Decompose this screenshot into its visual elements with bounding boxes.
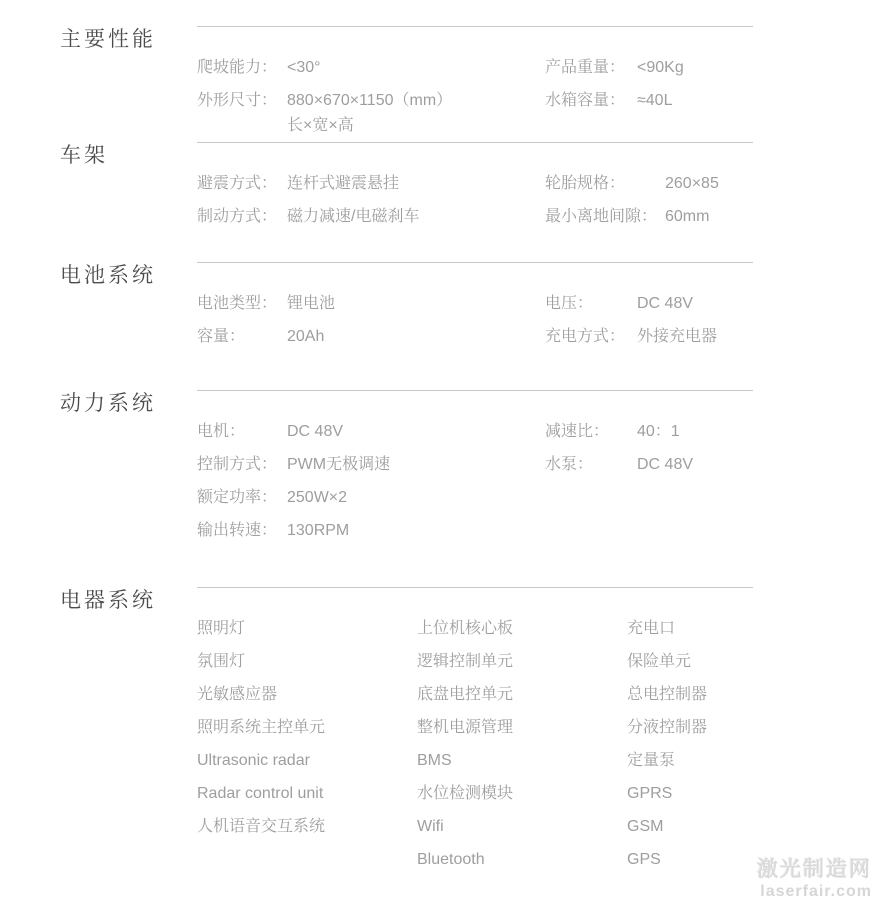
spec-value: ≈40L <box>637 84 672 117</box>
spec-row-battery-type: 电池类型： 锂电池 <box>197 287 545 320</box>
spec-value: DC 48V <box>637 448 693 481</box>
spec-value: <90Kg <box>637 51 684 84</box>
list-item: 分液控制器 <box>627 711 753 744</box>
watermark-site-name: 激光制造网 <box>757 858 872 882</box>
spec-value-note: 长×宽×高 <box>287 114 452 138</box>
list-item: 保险单元 <box>627 645 753 678</box>
list-item: Radar control unit <box>197 777 417 810</box>
list-item: 水位检测模块 <box>417 777 627 810</box>
section-title-power: 动力系统 <box>60 390 197 547</box>
spec-label: 轮胎规格： <box>545 167 665 200</box>
spec-label: 容量： <box>197 320 287 353</box>
spec-row-gear-ratio: 减速比： 40：1 <box>545 415 753 448</box>
spec-value: 20Ah <box>287 320 324 353</box>
spec-value: 磁力减速/电磁刹车 <box>287 200 419 233</box>
section-divider: 电机： DC 48V 控制方式： PWM无极调速 额定功率： 250W×2 输出… <box>197 390 753 547</box>
section-performance: 主要性能 爬坡能力： <30° 外形尺寸： 880×670×1150（mm） 长… <box>60 26 753 138</box>
spec-value: 外接充电器 <box>637 320 717 353</box>
spec-label: 充电方式： <box>545 320 637 353</box>
section-title-electrical: 电器系统 <box>60 587 197 876</box>
spec-label: 电机： <box>197 415 287 448</box>
list-item: 充电口 <box>627 612 753 645</box>
spec-row-motor: 电机： DC 48V <box>197 415 545 448</box>
spec-label: 额定功率： <box>197 481 287 514</box>
spec-row-voltage: 电压： DC 48V <box>545 287 753 320</box>
spec-label: 输出转速： <box>197 514 287 547</box>
spec-row-suspension: 避震方式： 连杆式避震悬挂 <box>197 167 545 200</box>
spec-label: 爬坡能力： <box>197 51 287 84</box>
list-item: Wifi <box>417 810 627 843</box>
spec-value: 40：1 <box>637 415 680 448</box>
spec-row-dimensions: 外形尺寸： 880×670×1150（mm） 长×宽×高 <box>197 84 545 138</box>
spec-label: 水箱容量： <box>545 84 637 117</box>
spec-label: 控制方式： <box>197 448 287 481</box>
list-item: 上位机核心板 <box>417 612 627 645</box>
spec-row-capacity: 容量： 20Ah <box>197 320 545 353</box>
list-item: GPRS <box>627 777 753 810</box>
section-frame: 车架 避震方式： 连杆式避震悬挂 制动方式： 磁力减速/电磁刹车 轮胎规格： <box>60 142 753 233</box>
list-item: BMS <box>417 744 627 777</box>
electrical-column-2: 上位机核心板 逻辑控制单元 底盘电控单元 整机电源管理 BMS 水位检测模块 W… <box>417 612 627 876</box>
spec-label: 减速比： <box>545 415 637 448</box>
electrical-column-1: 照明灯 氛围灯 光敏感应器 照明系统主控单元 Ultrasonic radar … <box>197 612 417 876</box>
spec-label: 电池类型： <box>197 287 287 320</box>
spec-row-climb: 爬坡能力： <30° <box>197 51 545 84</box>
list-item: 照明系统主控单元 <box>197 711 417 744</box>
spec-label: 外形尺寸： <box>197 84 287 138</box>
spec-row-output-speed: 输出转速： 130RPM <box>197 514 545 547</box>
section-divider: 电池类型： 锂电池 容量： 20Ah 电压： DC 48V 充电方式： <box>197 262 753 353</box>
spec-label: 最小离地间隙： <box>545 200 665 233</box>
spec-label: 电压： <box>545 287 637 320</box>
spec-label: 水泵： <box>545 448 637 481</box>
section-battery: 电池系统 电池类型： 锂电池 容量： 20Ah 电压： DC 48V <box>60 262 753 353</box>
spec-value: 锂电池 <box>287 287 335 320</box>
list-item: 整机电源管理 <box>417 711 627 744</box>
list-item: Ultrasonic radar <box>197 744 417 777</box>
list-item: 照明灯 <box>197 612 417 645</box>
spec-value-main: 880×670×1150（mm） <box>287 84 452 117</box>
section-title-battery: 电池系统 <box>60 262 197 353</box>
section-divider: 照明灯 氛围灯 光敏感应器 照明系统主控单元 Ultrasonic radar … <box>197 587 753 876</box>
spec-value: 60mm <box>665 200 709 233</box>
spec-row-charging: 充电方式： 外接充电器 <box>545 320 753 353</box>
spec-row-control: 控制方式： PWM无极调速 <box>197 448 545 481</box>
list-item: 定量泵 <box>627 744 753 777</box>
spec-value: 130RPM <box>287 514 349 547</box>
electrical-column-3: 充电口 保险单元 总电控制器 分液控制器 定量泵 GPRS GSM GPS <box>627 612 753 876</box>
list-item: 底盘电控单元 <box>417 678 627 711</box>
spec-row-clearance: 最小离地间隙： 60mm <box>545 200 753 233</box>
section-title-frame: 车架 <box>60 142 197 233</box>
list-item: Bluetooth <box>417 843 627 876</box>
list-item: 逻辑控制单元 <box>417 645 627 678</box>
list-item: 氛围灯 <box>197 645 417 678</box>
watermark: 激光制造网 laserfair.com <box>757 858 872 901</box>
spec-row-tire: 轮胎规格： 260×85 <box>545 167 753 200</box>
list-item: GPS <box>627 843 753 876</box>
spec-row-weight: 产品重量： <90Kg <box>545 51 753 84</box>
spec-value: 880×670×1150（mm） 长×宽×高 <box>287 84 452 138</box>
list-item: 光敏感应器 <box>197 678 417 711</box>
spec-value: <30° <box>287 51 321 84</box>
spec-label: 制动方式： <box>197 200 287 233</box>
spec-value: DC 48V <box>287 415 343 448</box>
section-title-performance: 主要性能 <box>60 26 197 138</box>
spec-value: 250W×2 <box>287 481 347 514</box>
spec-value: PWM无极调速 <box>287 448 390 481</box>
section-power: 动力系统 电机： DC 48V 控制方式： PWM无极调速 额定功率： 250W… <box>60 390 753 547</box>
spec-row-water-pump: 水泵： DC 48V <box>545 448 753 481</box>
list-item: 人机语音交互系统 <box>197 810 417 843</box>
spec-sheet: 主要性能 爬坡能力： <30° 外形尺寸： 880×670×1150（mm） 长… <box>0 0 880 876</box>
spec-label: 避震方式： <box>197 167 287 200</box>
spec-value: DC 48V <box>637 287 693 320</box>
spec-value: 连杆式避震悬挂 <box>287 167 399 200</box>
spec-value: 260×85 <box>665 167 719 200</box>
spec-label: 产品重量： <box>545 51 637 84</box>
list-item: GSM <box>627 810 753 843</box>
watermark-site-url: laserfair.com <box>757 883 872 901</box>
spec-row-tank: 水箱容量： ≈40L <box>545 84 753 117</box>
section-electrical: 电器系统 照明灯 氛围灯 光敏感应器 照明系统主控单元 Ultrasonic r… <box>60 587 753 876</box>
section-divider: 爬坡能力： <30° 外形尺寸： 880×670×1150（mm） 长×宽×高 … <box>197 26 753 138</box>
spec-row-brake: 制动方式： 磁力减速/电磁刹车 <box>197 200 545 233</box>
list-item: 总电控制器 <box>627 678 753 711</box>
section-divider: 避震方式： 连杆式避震悬挂 制动方式： 磁力减速/电磁刹车 轮胎规格： 260×… <box>197 142 753 233</box>
spec-row-rated-power: 额定功率： 250W×2 <box>197 481 545 514</box>
